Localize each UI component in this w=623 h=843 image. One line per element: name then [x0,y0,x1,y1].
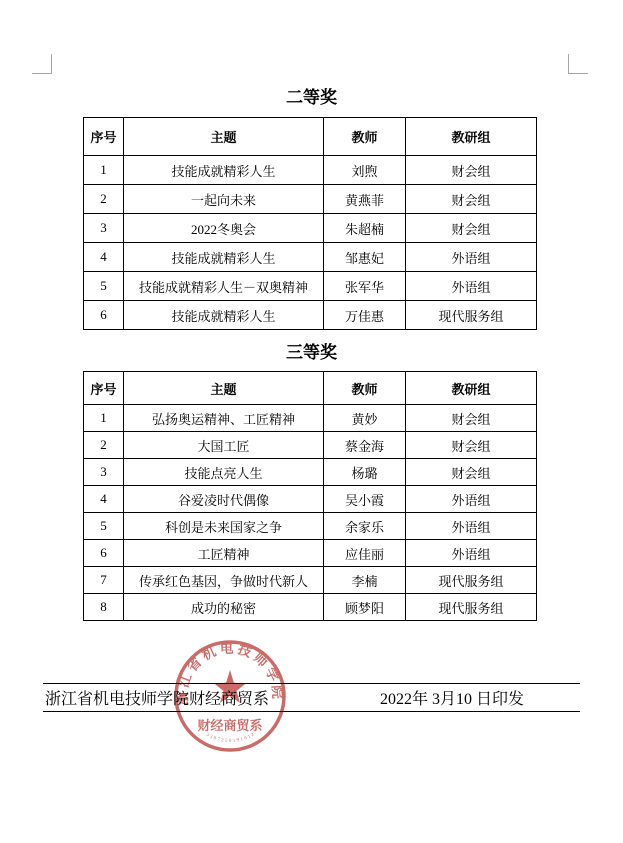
column-header: 教师 [324,372,406,405]
table-row: 5技能成就精彩人生－双奥精神张军华外语组 [84,272,537,301]
table-cell: 吴小霞 [324,486,406,513]
table-cell: 8 [84,594,124,621]
table-row: 6工匠精神应佳丽外语组 [84,540,537,567]
document-page: 二等奖 序号主题教师教研组 1技能成就精彩人生刘煦财会组2一起向未来黄燕菲财会组… [0,0,623,843]
table-cell: 工匠精神 [124,540,324,567]
table-cell: 6 [84,301,124,330]
seal-star [214,670,246,703]
table-cell: 财会组 [406,214,537,243]
table-cell: 现代服务组 [406,594,537,621]
table-cell: 张军华 [324,272,406,301]
table-cell: 万佳惠 [324,301,406,330]
table-cell: 技能成就精彩人生－双奥精神 [124,272,324,301]
table-row: 5科创是未来国家之争余家乐外语组 [84,513,537,540]
table-cell: 杨璐 [324,459,406,486]
table-header-row: 序号主题教师教研组 [84,118,537,156]
table-cell: 技能成就精彩人生 [124,301,324,330]
table-cell: 2 [84,185,124,214]
table-cell: 技能成就精彩人生 [124,243,324,272]
table-row: 2大国工匠蔡金海财会组 [84,432,537,459]
table-cell: 成功的秘密 [124,594,324,621]
third-prize-table: 序号主题教师教研组 1弘扬奥运精神、工匠精神黄妙财会组2大国工匠蔡金海财会组3技… [83,371,537,621]
table-cell: 黄燕菲 [324,185,406,214]
table-cell: 4 [84,486,124,513]
table-cell: 余家乐 [324,513,406,540]
table-cell: 5 [84,513,124,540]
table-row: 4谷爱凌时代偶像吴小霞外语组 [84,486,537,513]
table-cell: 财会组 [406,405,537,432]
column-header: 教师 [324,118,406,156]
table-cell: 6 [84,540,124,567]
table-cell: 财会组 [406,459,537,486]
table-cell: 1 [84,156,124,185]
table-row: 6技能成就精彩人生万佳惠现代服务组 [84,301,537,330]
corner-mark-top-right [568,54,588,74]
table-cell: 财会组 [406,156,537,185]
table-cell: 外语组 [406,243,537,272]
table-cell: 外语组 [406,540,537,567]
table-cell: 谷爱凌时代偶像 [124,486,324,513]
table-cell: 3 [84,459,124,486]
table-cell: 技能点亮人生 [124,459,324,486]
table-row: 4技能成就精彩人生邹惠妃外语组 [84,243,537,272]
table-row: 32022冬奥会朱超楠财会组 [84,214,537,243]
table-cell: 财会组 [406,185,537,214]
table-header-row: 序号主题教师教研组 [84,372,537,405]
table-row: 1技能成就精彩人生刘煦财会组 [84,156,537,185]
footer-bar: 浙江省机电技师学院财经商贸系 2022年 3月10 日印发 [43,683,580,712]
table-cell: 科创是未来国家之争 [124,513,324,540]
table-cell: 7 [84,567,124,594]
column-header: 教研组 [406,118,537,156]
table-row: 8成功的秘密顾梦阳现代服务组 [84,594,537,621]
table-cell: 现代服务组 [406,567,537,594]
column-header: 序号 [84,118,124,156]
table-row: 2一起向未来黄燕菲财会组 [84,185,537,214]
table-cell: 弘扬奥运精神、工匠精神 [124,405,324,432]
table-cell: 大国工匠 [124,432,324,459]
seal-center-text: 财经商贸系 [197,718,262,733]
table-cell: 2 [84,432,124,459]
table-row: 3技能点亮人生杨璐财会组 [84,459,537,486]
table-cell: 蔡金海 [324,432,406,459]
table-row: 7传承红色基因，争做时代新人李楠现代服务组 [84,567,537,594]
table-cell: 2022冬奥会 [124,214,324,243]
table-row: 1弘扬奥运精神、工匠精神黄妙财会组 [84,405,537,432]
table-cell: 刘煦 [324,156,406,185]
column-header: 主题 [124,372,324,405]
table-cell: 顾梦阳 [324,594,406,621]
table-cell: 3 [84,214,124,243]
table-cell: 黄妙 [324,405,406,432]
table-cell: 外语组 [406,272,537,301]
table-cell: 邹惠妃 [324,243,406,272]
table-cell: 外语组 [406,486,537,513]
table-cell: 1 [84,405,124,432]
corner-mark-top-left [32,54,52,74]
official-seal-stamp: 浙江省机电技师学院 财经商贸系 3307250191012 [172,638,288,754]
table-cell: 朱超楠 [324,214,406,243]
table-cell: 应佳丽 [324,540,406,567]
section-title-third-prize: 三等奖 [0,341,623,365]
table-cell: 外语组 [406,513,537,540]
column-header: 主题 [124,118,324,156]
table-cell: 4 [84,243,124,272]
second-prize-table: 序号主题教师教研组 1技能成就精彩人生刘煦财会组2一起向未来黄燕菲财会组3202… [83,117,537,330]
footer-print-date: 2022年 3月10 日印发 [380,686,524,709]
table-cell: 李楠 [324,567,406,594]
table-cell: 5 [84,272,124,301]
table-cell: 一起向未来 [124,185,324,214]
column-header: 教研组 [406,372,537,405]
column-header: 序号 [84,372,124,405]
seal-number: 3307250191012 [205,732,257,744]
table-cell: 财会组 [406,432,537,459]
section-title-second-prize: 二等奖 [0,86,623,110]
table-cell: 技能成就精彩人生 [124,156,324,185]
table-cell: 传承红色基因，争做时代新人 [124,567,324,594]
table-cell: 现代服务组 [406,301,537,330]
